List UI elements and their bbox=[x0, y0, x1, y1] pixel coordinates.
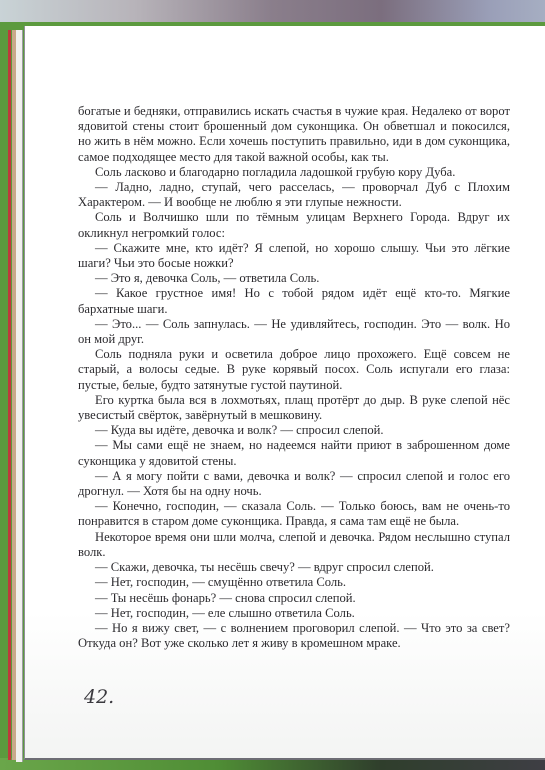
paragraph: — Скажи, девочка, ты несёшь свечу? — вдр… bbox=[78, 560, 510, 575]
page-edge-red bbox=[8, 30, 11, 760]
paragraph: Соль подняла руки и осветила доброе лицо… bbox=[78, 347, 510, 393]
paragraph: — Скажите мне, кто идёт? Я слепой, но хо… bbox=[78, 241, 510, 271]
paragraph: — Это... — Соль запнулась. — Не удивляйт… bbox=[78, 317, 510, 347]
paragraph: Соль ласково и благодарно погладила ладо… bbox=[78, 165, 510, 180]
paragraph: — Конечно, господин, — сказала Соль. — Т… bbox=[78, 499, 510, 529]
page-edge-stack bbox=[16, 30, 23, 762]
paragraph: Соль и Волчишко шли по тёмным улицам Вер… bbox=[78, 210, 510, 240]
paragraph: — Это я, девочка Соль, — ответила Соль. bbox=[78, 271, 510, 286]
paragraph: — Нет, господин, — смущённо ответила Сол… bbox=[78, 575, 510, 590]
paragraph: богатые и бедняки, отправились искать сч… bbox=[78, 104, 510, 165]
paragraph: — Нет, господин, — еле слышно ответила С… bbox=[78, 606, 510, 621]
paragraph: — Но я вижу свет, — с волнением проговор… bbox=[78, 621, 510, 651]
page-number: 42. bbox=[84, 686, 114, 708]
paragraph: — А я могу пойти с вами, девочка и волк?… bbox=[78, 469, 510, 499]
paragraph: — Куда вы идёте, девочка и волк? — спрос… bbox=[78, 423, 510, 438]
paragraph: Его куртка была вся в лохмотьях, плащ пр… bbox=[78, 393, 510, 423]
paragraph: — Ты несёшь фонарь? — снова спросил слеп… bbox=[78, 591, 510, 606]
paragraph: Некоторое время они шли молча, слепой и … bbox=[78, 530, 510, 560]
paragraph: — Ладно, ладно, ступай, чего расселась, … bbox=[78, 180, 510, 210]
paragraph: — Мы сами ещё не знаем, но надеемся найт… bbox=[78, 438, 510, 468]
paragraph: — Какое грустное имя! Но с тобой рядом и… bbox=[78, 286, 510, 316]
page-body-text: богатые и бедняки, отправились искать сч… bbox=[78, 104, 510, 651]
